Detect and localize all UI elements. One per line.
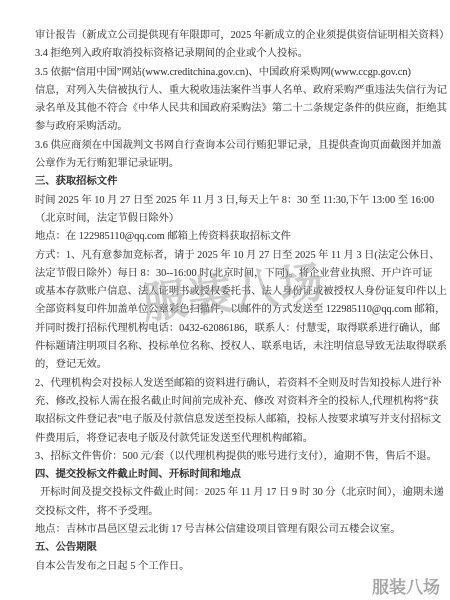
text-line: 方式：1、凡有意参加竞标者，请于 2025 年 10 月 27 日至 2025 … [35, 247, 427, 265]
document-text-block: 审计报告（新成立公司提供现有年限即可，2025 年新成立的企业须提供资信证明相关… [35, 27, 427, 576]
text-line: 2、代理机构会对投标人发送至邮箱的资料进行确认，若资料不全则及时告知投标人进行补 [35, 375, 427, 393]
text-line: 充、修改,投标人需在报名截止时间前完成补充、修改 对资料齐全的投标人,代理机构将… [35, 393, 427, 411]
text-line: 时间 2025 年 10 月 27 日至 2025 年 11 月 3 日,每天上… [35, 192, 427, 210]
text-line: 地点：在 122985110@qq.com 邮箱上传资料获取招标文件 [35, 228, 427, 246]
document-page: 审计报告（新成立公司提供现有年限即可，2025 年新成立的企业须提供资信证明相关… [0, 0, 450, 600]
text-line: 公章作为无行贿犯罪记录证明。 [35, 155, 427, 173]
text-line: 交投标文件，将不予受理。 [35, 503, 427, 521]
section-heading-line: 四、提交投标文件截止时间、开标时间和地点 [35, 466, 427, 484]
text-line: 3、招标文件售价：500 元/套（以代理机构提供的账号进行支付），逾期不售，售后… [35, 448, 427, 466]
text-line: （北京时间，法定节假日除外） [35, 210, 427, 228]
text-line: 开标时间及提交投标文件截止时间：2025 年 11 月 17 日 9 时 30 … [35, 484, 427, 502]
text-line: 件费用后，将登记表电子版及付款凭证发送至代理机构邮箱。 [35, 430, 427, 448]
text-line: 法定节假日除外）每日 8：30--16:00 时(北京时间，下同)。将企业营业执… [35, 265, 427, 283]
text-line: 信息，对列入失信被执行人、重大税收违法案件当事人名单、政府采购严重违法失信行为记 [35, 82, 427, 100]
section-heading-line: 三、获取招标文件 [35, 173, 427, 191]
text-line: 3.6 供应商须在中国裁判文书网自行查询本公司行贿犯罪记录，且提供查询页面截图并… [35, 137, 427, 155]
text-line: 3.4 拒绝列入政府取消投标资格记录期间的企业或个人投标。 [35, 45, 427, 63]
text-line: 或基本存款账户信息、法人证明书或授权委托书、法人身份证或被授权人身份证复印件以上 [35, 283, 427, 301]
text-line: 取招标文件登记表”电子版及付款信息发送至投标人邮箱，投标人按要求填写并支付招标文 [35, 411, 427, 429]
text-line: 录名单及其他不符合《中华人民共和国政府采购法》第二十二条规定条件的供应商，拒绝其 [35, 100, 427, 118]
text-line: 全部资料复印件加盖单位公章彩色扫描件，以邮件的方式发送至 122985110@q… [35, 301, 427, 319]
text-line: 地点：吉林市昌邑区望云北街 17 号吉林公信建设项目管理有限公司五楼会议室。 [35, 521, 427, 539]
text-line: 3.5 依据“信用中国”网站(www.creditchina.gov.cn)、中… [35, 64, 427, 82]
text-line: 并同时拨打招标代理机构电话：0432-62086186，联系人：付慧雯，取得联系… [35, 320, 427, 338]
text-line: 的，登记无效。 [35, 356, 427, 374]
watermark-corner: 服装八场 [372, 573, 440, 598]
section-heading-line: 五、公告期限 [35, 539, 427, 557]
text-line: 件标题请注明项目名称、投标单位名称、授权人、联系电话，未注明信息导致无法取得联系 [35, 338, 427, 356]
text-line: 自本公告发布之日起 5 个工作日。 [35, 558, 427, 576]
text-line: 审计报告（新成立公司提供现有年限即可，2025 年新成立的企业须提供资信证明相关… [35, 27, 427, 45]
text-line: 参与政府采购活动。 [35, 118, 427, 136]
